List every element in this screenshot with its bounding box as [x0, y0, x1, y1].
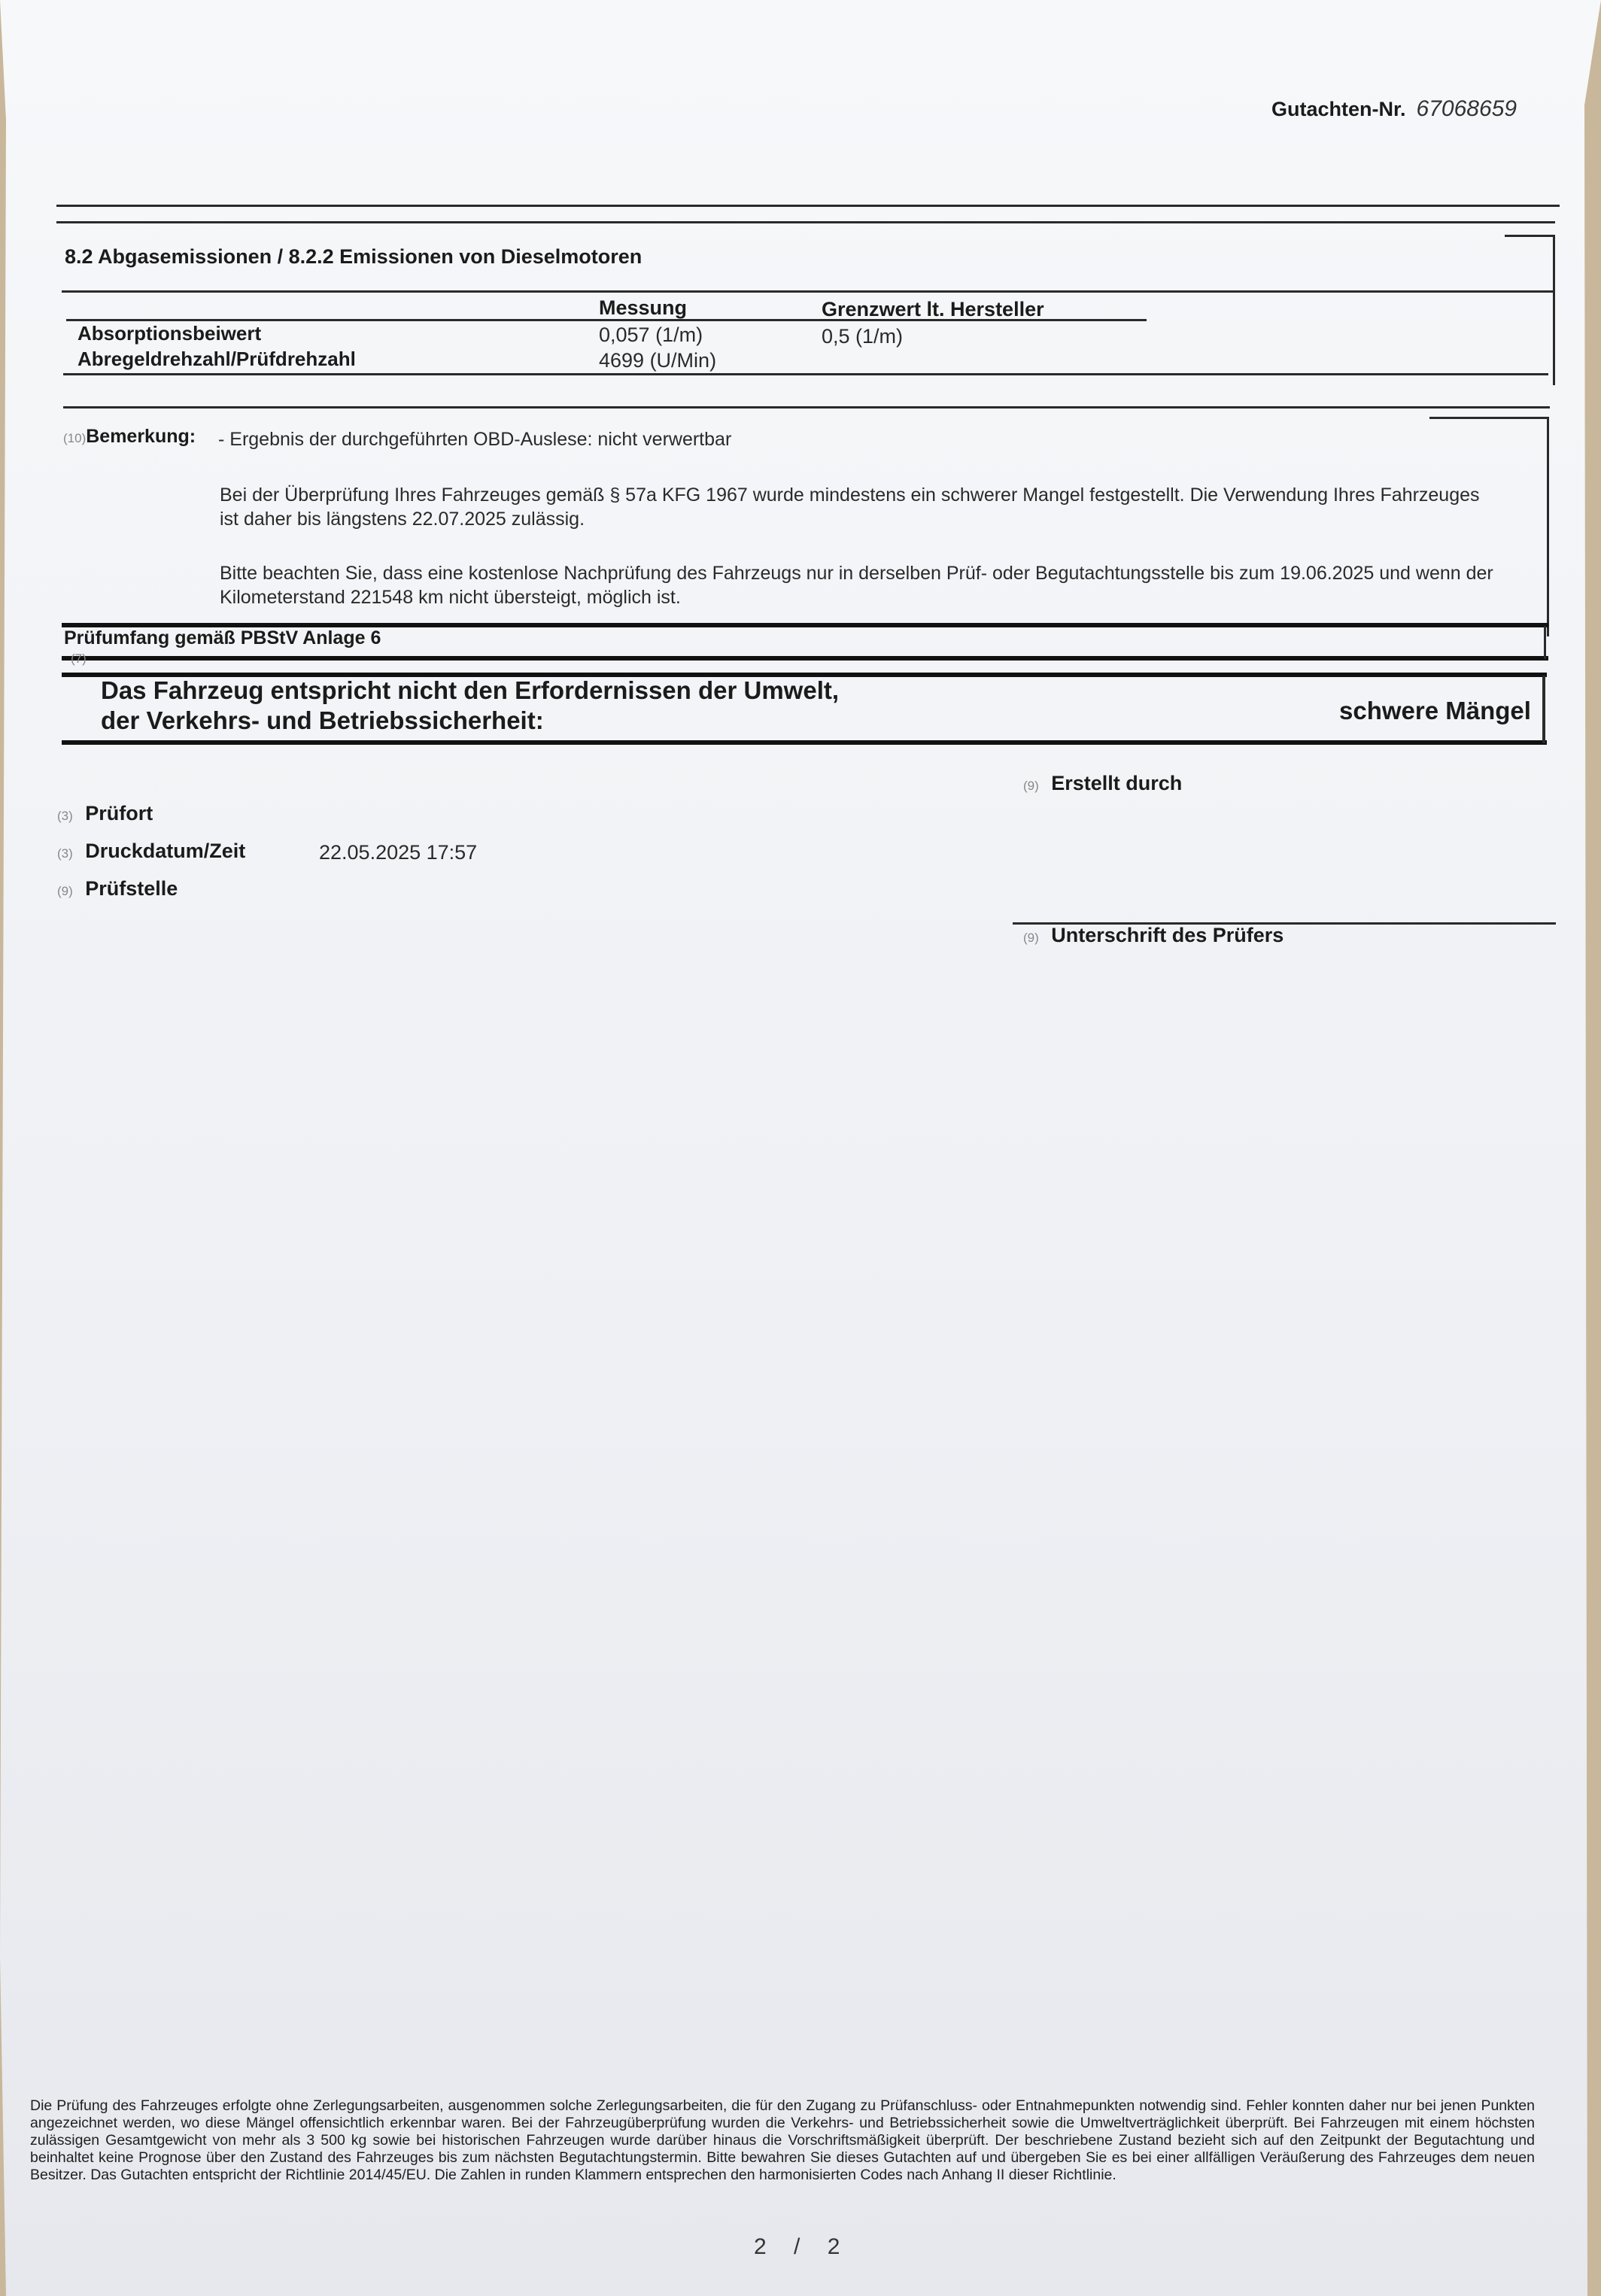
divider	[62, 290, 1553, 293]
verdict-line-2: der Verkehrs- und Betriebssicherheit:	[101, 706, 839, 736]
info-code: (3)	[57, 809, 73, 823]
info-item-pruefstelle: (9) Prüfstelle	[57, 877, 178, 900]
box-border	[1505, 235, 1554, 237]
gutachten-number: 67068659	[1417, 96, 1517, 121]
box-border	[1542, 676, 1545, 743]
table-header-divider	[66, 319, 1147, 321]
box-border	[1553, 235, 1555, 385]
created-by: (9) Erstellt durch	[1023, 772, 1182, 795]
row-label: Absorptionsbeiwert	[77, 322, 261, 345]
info-label: Prüfort	[85, 802, 153, 825]
box-border	[1547, 417, 1549, 636]
footer-disclaimer: Die Prüfung des Fahrzeuges erfolgte ohne…	[30, 2097, 1535, 2184]
info-code: (9)	[57, 884, 73, 898]
info-item-druckdatum: (3) Druckdatum/Zeit	[57, 840, 245, 863]
column-header-measurement: Messung	[599, 296, 687, 320]
emissions-section-title: 8.2 Abgasemissionen / 8.2.2 Emissionen v…	[65, 245, 642, 269]
divider	[62, 740, 1547, 745]
created-by-label: Erstellt durch	[1051, 772, 1182, 794]
row-label: Abregeldrehzahl/Prüfdrehzahl	[77, 348, 356, 371]
limit-value: 0,5 (1/m)	[822, 325, 903, 348]
divider	[63, 373, 1548, 375]
divider	[56, 221, 1555, 223]
document-page: Gutachten-Nr.67068659 8.2 Abgasemissione…	[0, 0, 1601, 2296]
signature-label: Unterschrift des Prüfers	[1051, 924, 1284, 946]
box-border	[1544, 626, 1546, 659]
info-item-pruefort: (3) Prüfort	[57, 802, 153, 825]
verdict-result: schwere Mängel	[1339, 697, 1531, 725]
remarks-code: (10)	[63, 431, 86, 445]
gutachten-label: Gutachten-Nr.	[1271, 98, 1406, 120]
measurement-value: 0,057 (1/m)	[599, 323, 703, 347]
column-header-limit: Grenzwert lt. Hersteller	[822, 298, 1044, 321]
info-label: Prüfstelle	[85, 877, 178, 900]
page-indicator: 2 / 2	[754, 2234, 850, 2260]
remarks-paragraph-defect: Bei der Überprüfung Ihres Fahrzeuges gem…	[220, 483, 1499, 531]
measurement-value: 4699 (U/Min)	[599, 349, 716, 372]
examiner-signature: (9) Unterschrift des Prüfers	[1023, 924, 1284, 947]
box-border	[1429, 417, 1548, 419]
inspection-scope-title: Prüfumfang gemäß PBStV Anlage 6	[64, 627, 381, 649]
info-label: Druckdatum/Zeit	[85, 840, 245, 862]
divider	[63, 406, 1550, 408]
remarks-paragraph-reinspection: Bitte beachten Sie, dass eine kostenlose…	[220, 561, 1499, 609]
remarks-label-block: (10)Bemerkung:	[63, 426, 196, 448]
gutachten-number-block: Gutachten-Nr.67068659	[1271, 96, 1517, 122]
verdict-statement: Das Fahrzeug entspricht nicht den Erford…	[101, 676, 839, 736]
divider	[56, 205, 1560, 207]
divider	[62, 656, 1548, 661]
remarks-label: Bemerkung:	[86, 426, 196, 447]
info-code: (9)	[1023, 931, 1039, 945]
remarks-obd-line: - Ergebnis der durchgeführten OBD-Ausles…	[218, 427, 731, 451]
verdict-code: (7)	[71, 651, 87, 667]
info-code: (9)	[1023, 779, 1039, 793]
print-datetime: 22.05.2025 17:57	[319, 841, 477, 864]
info-code: (3)	[57, 846, 73, 861]
verdict-line-1: Das Fahrzeug entspricht nicht den Erford…	[101, 676, 839, 706]
